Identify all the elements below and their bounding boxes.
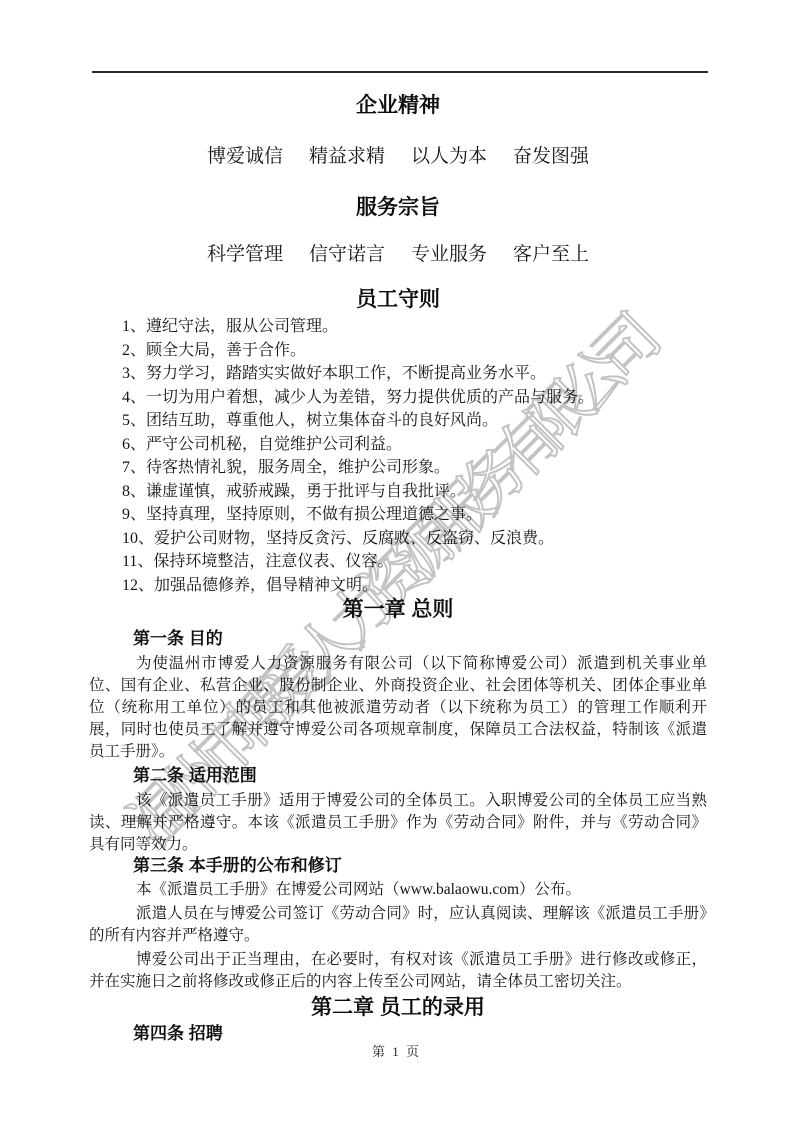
motto-phrase: 奋发图强 (513, 146, 589, 168)
motto-phrase: 客户至上 (513, 244, 589, 266)
motto-phrase: 科学管理 (207, 244, 283, 266)
page-number: 第 1 页 (0, 1041, 793, 1060)
code-list-item: 12、加强品德修养，倡导精神文明。 (122, 574, 707, 598)
article-heading: 第一条 目的 (89, 629, 707, 649)
code-list-item: 4、一切为用户着想，减少人为差错，努力提供优质的产品与服务。 (122, 386, 707, 410)
paragraph: 派遣人员在与博爱公司签订《劳动合同》时，应认真阅读、理解该《派遣员工手册》的所有… (89, 903, 707, 947)
code-list-item: 6、严守公司机秘，自觉维护公司利益。 (122, 433, 707, 457)
code-list-item: 7、待客热情礼貌，服务周全，维护公司形象。 (122, 456, 707, 480)
code-list-item: 2、顾全大局，善于合作。 (122, 339, 707, 363)
motto-row: 博爱诚信精益求精以人为本奋发图强 (89, 146, 707, 168)
motto-phrase: 专业服务 (411, 244, 487, 266)
code-list: 1、遵纪守法，服从公司管理。2、顾全大局，善于合作。3、努力学习，踏踏实实做好本… (89, 315, 707, 597)
article-heading: 第二条 适用范围 (89, 766, 707, 786)
paragraph: 为使温州市博爱人力资源服务有限公司（以下简称博爱公司）派遣到机关事业单位、国有企… (89, 653, 707, 763)
motto-row: 科学管理信守诺言专业服务客户至上 (89, 244, 707, 266)
chapter-heading: 第一章 总则 (89, 598, 707, 622)
code-list-item: 3、努力学习，踏踏实实做好本职工作，不断提高业务水平。 (122, 362, 707, 386)
paragraph: 本《派遣员工手册》在博爱公司网站（www.balaowu.com）公布。 (89, 879, 707, 901)
document-page: 温州市博爱人力资源服务有限公司 企业精神博爱诚信精益求精以人为本奋发图强服务宗旨… (0, 0, 793, 1122)
motto-phrase: 精益求精 (309, 146, 385, 168)
content-flow: 企业精神博爱诚信精益求精以人为本奋发图强服务宗旨科学管理信守诺言专业服务客户至上… (89, 0, 707, 1044)
section-title: 企业精神 (89, 94, 707, 118)
article-heading: 第三条 本手册的公布和修订 (89, 856, 707, 876)
code-list-item: 1、遵纪守法，服从公司管理。 (122, 315, 707, 339)
code-list-item: 11、保持环境整洁，注意仪表、仪容。 (122, 550, 707, 574)
code-list-item: 8、谦虚谨慎，戒骄戒躁，勇于批评与自我批评。 (122, 480, 707, 504)
motto-phrase: 博爱诚信 (207, 146, 283, 168)
code-list-item: 10、爱护公司财物，坚持反贪污、反腐败、反盗窃、反浪费。 (122, 527, 707, 551)
section-title: 员工守则 (89, 288, 707, 312)
motto-phrase: 以人为本 (411, 146, 487, 168)
code-list-item: 9、坚持真理，坚持原则，不做有损公理道德之事。 (122, 503, 707, 527)
section-title: 服务宗旨 (89, 196, 707, 220)
paragraph: 博爱公司出于正当理由，在必要时，有权对该《派遣员工手册》进行修改或修正，并在实施… (89, 949, 707, 993)
code-list-item: 5、团结互助，尊重他人，树立集体奋斗的良好风尚。 (122, 409, 707, 433)
chapter-heading: 第二章 员工的录用 (89, 996, 707, 1020)
paragraph: 该《派遣员工手册》适用于博爱公司的全体员工。入职博爱公司的全体员工应当熟读、理解… (89, 790, 707, 856)
motto-phrase: 信守诺言 (309, 244, 385, 266)
